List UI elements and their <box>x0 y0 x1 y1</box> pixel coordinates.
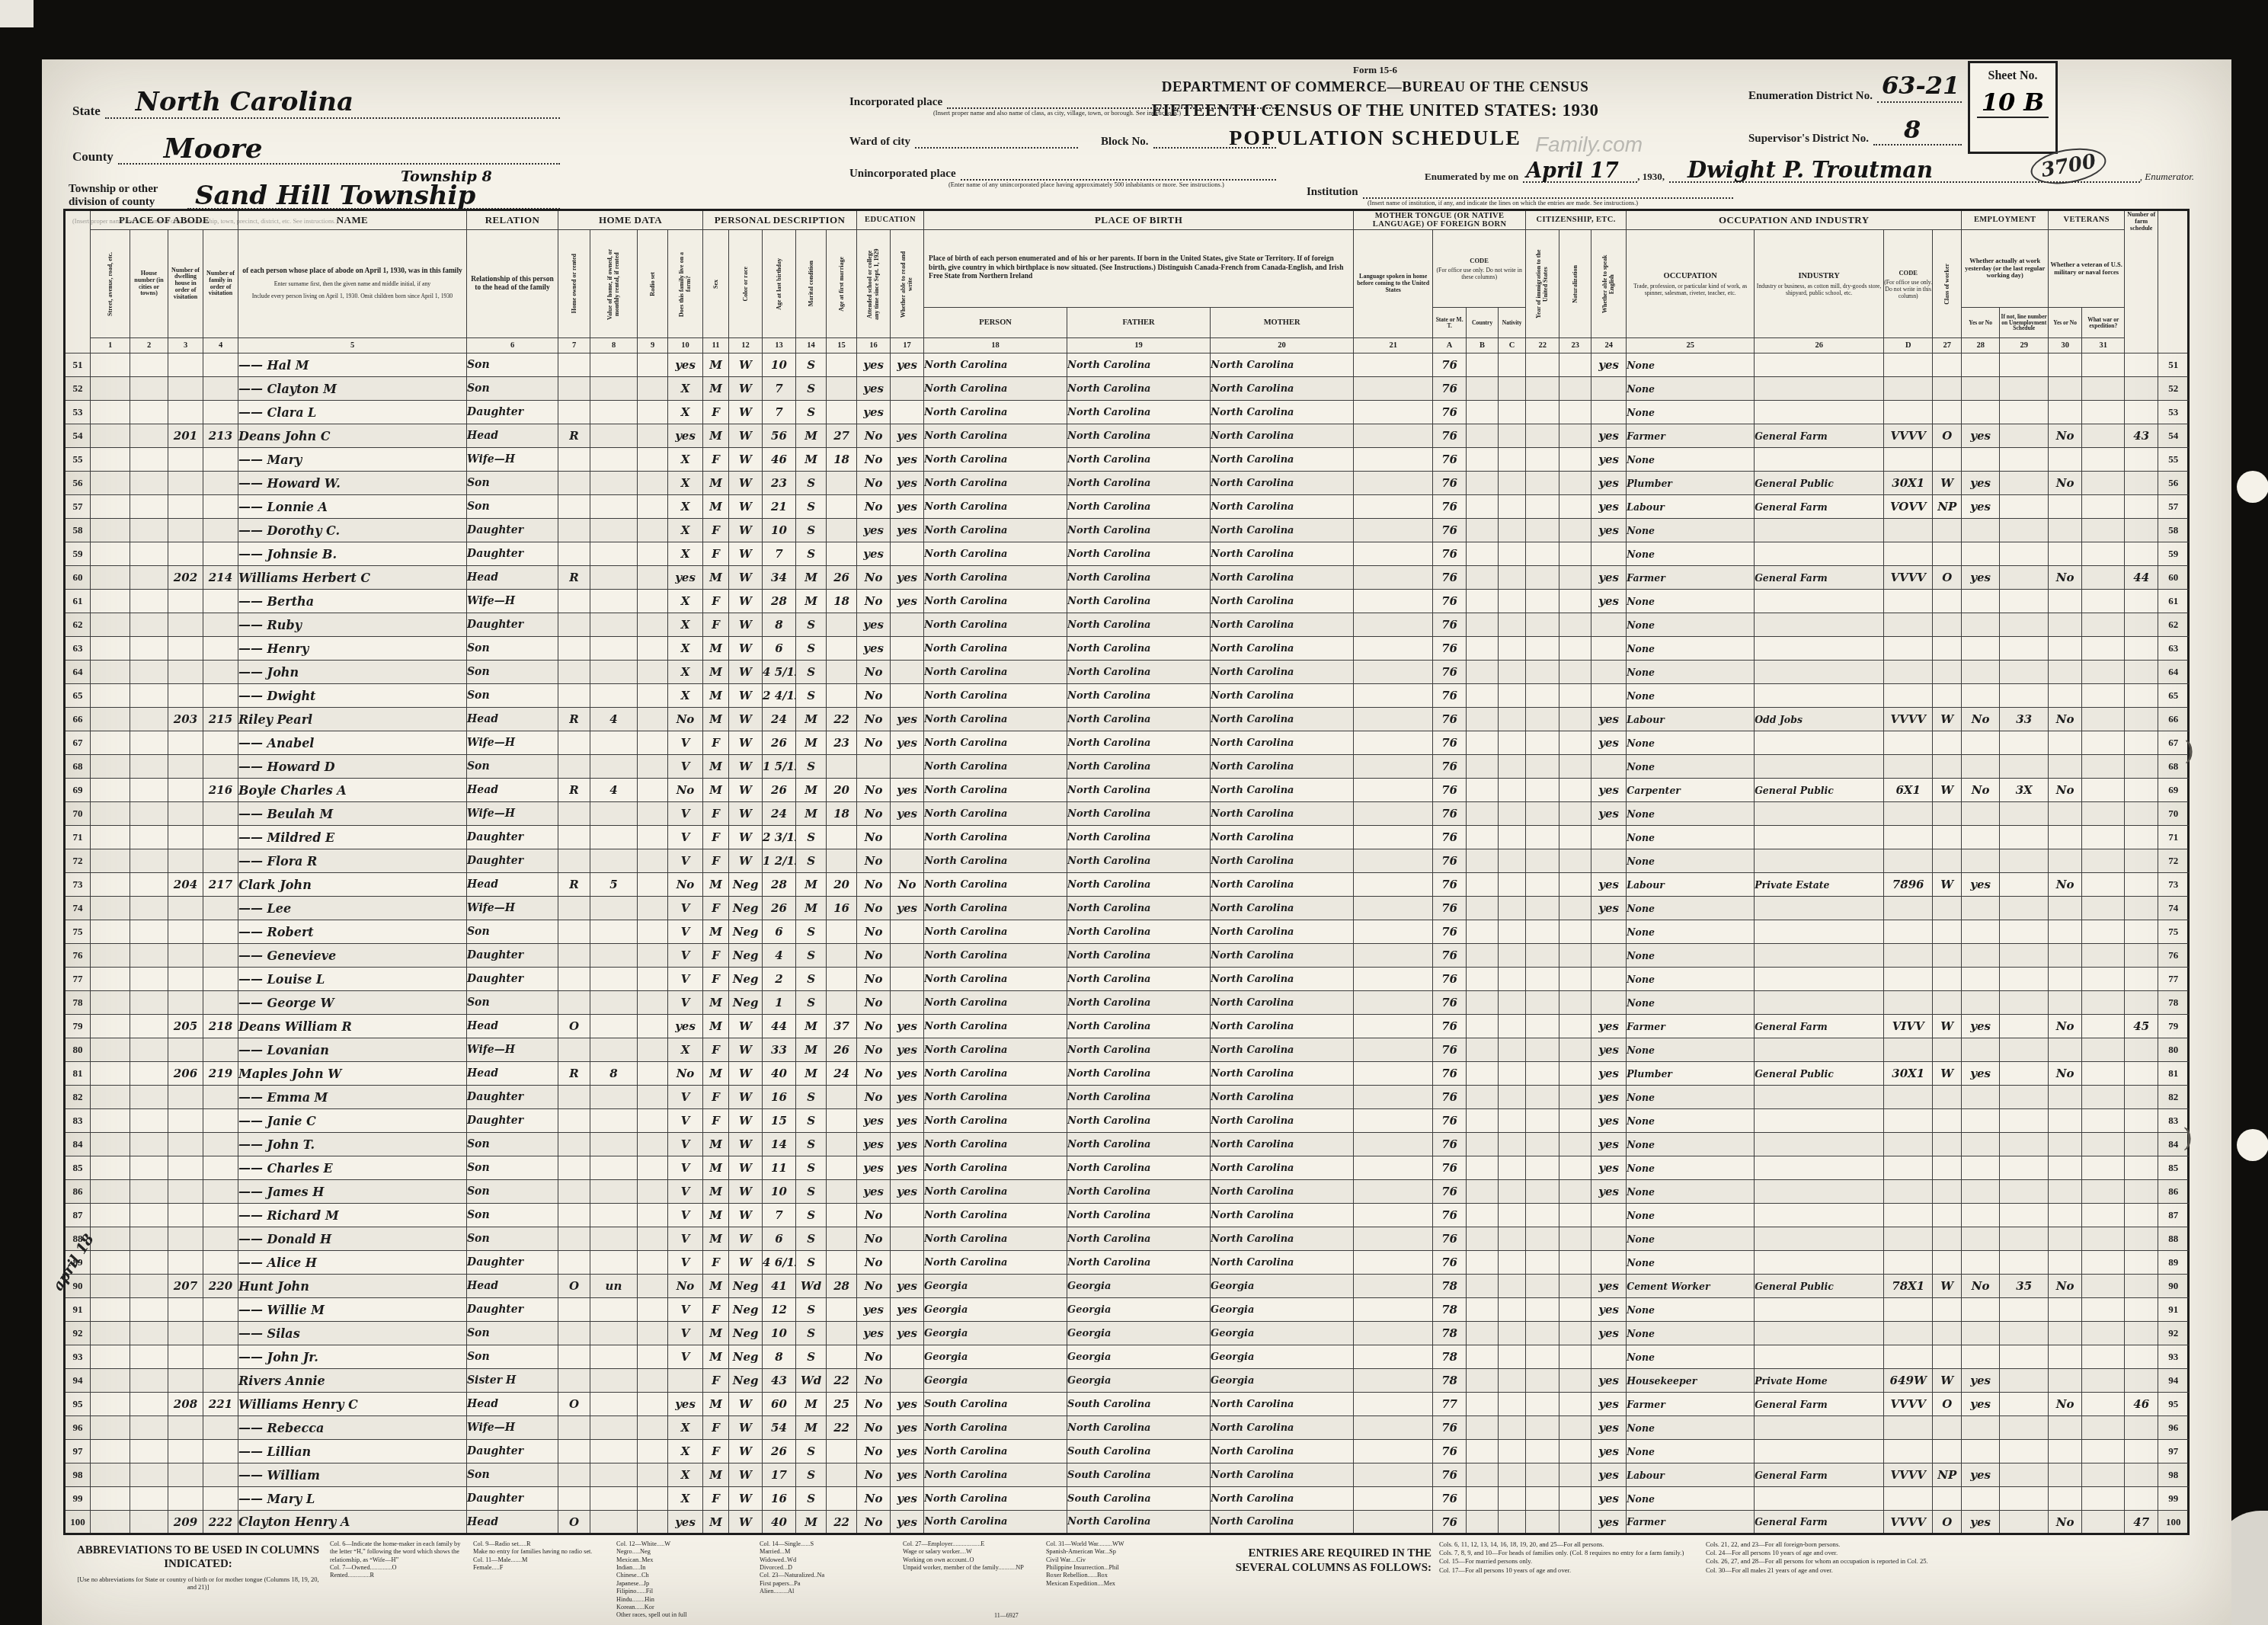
census-cell <box>2049 802 2082 826</box>
census-cell: No <box>2049 708 2082 731</box>
census-cell: 16 <box>763 1086 796 1109</box>
census-cell <box>1499 661 1526 684</box>
column-header: 10 <box>668 338 703 353</box>
census-cell <box>2082 1511 2125 1534</box>
census-cell: None <box>1627 661 1755 684</box>
census-cell <box>2049 849 2082 873</box>
census-cell: S <box>796 661 827 684</box>
census-cell <box>1962 991 2000 1015</box>
census-cell: yes <box>1591 802 1627 826</box>
census-row: 83—— Janie CDaughterVFW15SyesyesNorth Ca… <box>65 1109 2189 1133</box>
census-cell <box>590 1440 638 1463</box>
census-cell: O <box>1933 566 1962 590</box>
census-cell <box>1933 1345 1962 1369</box>
census-cell <box>2082 637 2125 661</box>
line-number: 71 <box>65 826 91 849</box>
census-cell: North Carolina <box>1211 1015 1354 1038</box>
census-cell <box>1526 424 1559 448</box>
census-cell: VVVV <box>1884 566 1933 590</box>
census-cell: Son <box>467 1133 558 1156</box>
census-cell <box>1526 802 1559 826</box>
township-field: Sand Hill Township Township 8 <box>187 197 560 210</box>
census-cell <box>558 1463 590 1487</box>
county-value: Moore <box>164 133 263 165</box>
census-cell <box>203 1322 238 1345</box>
census-cell: Plumber <box>1627 1062 1755 1086</box>
census-cell: Son <box>467 920 558 944</box>
census-cell: Riley Pearl <box>238 708 467 731</box>
census-cell <box>1559 1133 1591 1156</box>
census-cell <box>1526 849 1559 873</box>
census-cell: 76 <box>1433 708 1467 731</box>
census-cell <box>1354 826 1433 849</box>
census-cell <box>2125 1251 2158 1275</box>
census-cell: V <box>668 1180 703 1204</box>
census-cell: North Carolina <box>1067 1511 1211 1534</box>
census-cell <box>1499 424 1526 448</box>
census-cell <box>638 849 668 873</box>
census-cell <box>91 401 130 424</box>
line-number: 97 <box>65 1440 91 1463</box>
census-cell <box>130 708 168 731</box>
census-cell: Neg <box>729 1345 763 1369</box>
census-cell <box>1559 1156 1591 1180</box>
column-header: Whether actually at work yesterday (or t… <box>1962 230 2049 308</box>
census-cell <box>2082 401 2125 424</box>
census-cell: M <box>796 590 827 613</box>
census-cell <box>2082 1275 2125 1298</box>
column-header: PERSON <box>924 308 1067 338</box>
census-cell <box>1884 1487 1933 1511</box>
census-cell: 208 <box>168 1393 203 1416</box>
census-cell <box>168 1345 203 1369</box>
census-cell <box>590 1463 638 1487</box>
census-cell: None <box>1627 897 1755 920</box>
census-cell: North Carolina <box>1067 353 1211 377</box>
census-cell <box>1499 1511 1526 1534</box>
census-cell <box>590 1038 638 1062</box>
census-cell: 214 <box>203 566 238 590</box>
census-cell <box>1467 637 1499 661</box>
census-cell: None <box>1627 755 1755 779</box>
census-cell: S <box>796 495 827 519</box>
census-cell: 76 <box>1433 566 1467 590</box>
census-cell <box>1962 1251 2000 1275</box>
census-cell <box>827 1440 857 1463</box>
census-cell <box>1559 1511 1591 1534</box>
census-cell <box>638 1109 668 1133</box>
census-cell: W <box>729 377 763 401</box>
census-cell <box>2082 1298 2125 1322</box>
census-cell <box>91 708 130 731</box>
column-header: Yes or No <box>1962 308 2000 338</box>
column-header: 19 <box>1067 338 1211 353</box>
census-cell: Georgia <box>1067 1275 1211 1298</box>
column-header: 25 <box>1627 338 1755 353</box>
column-header: 30 <box>2049 338 2082 353</box>
census-cell: F <box>703 590 729 613</box>
census-cell: North Carolina <box>1067 897 1211 920</box>
census-cell <box>1354 1369 1433 1393</box>
column-header: Value of home, if owned, or monthly rent… <box>590 230 638 338</box>
census-cell: M <box>703 1180 729 1204</box>
census-cell: Plumber <box>1627 472 1755 495</box>
census-cell: No <box>857 1204 891 1227</box>
census-cell <box>2049 991 2082 1015</box>
census-cell: V <box>668 1204 703 1227</box>
census-cell: R <box>558 873 590 897</box>
census-cell: None <box>1627 1345 1755 1369</box>
census-cell: M <box>796 1511 827 1534</box>
census-cell <box>2000 1440 2049 1463</box>
census-cell <box>1755 1133 1884 1156</box>
census-cell: No <box>857 1062 891 1086</box>
census-cell: Rivers Annie <box>238 1369 467 1393</box>
census-cell <box>1467 897 1499 920</box>
census-cell <box>168 1204 203 1227</box>
census-cell <box>168 684 203 708</box>
census-cell <box>2082 802 2125 826</box>
census-cell: North Carolina <box>1067 802 1211 826</box>
block-label: Block No. <box>1101 136 1149 149</box>
line-number: 52 <box>2158 377 2189 401</box>
census-cell: Georgia <box>924 1369 1067 1393</box>
census-cell: No <box>857 590 891 613</box>
sheet-label: Sheet No. <box>1970 69 2055 83</box>
census-cell: Head <box>467 424 558 448</box>
line-number: 70 <box>65 802 91 826</box>
census-cell: 21 <box>763 495 796 519</box>
census-cell: 76 <box>1433 1086 1467 1109</box>
census-cell <box>130 1463 168 1487</box>
census-cell <box>827 755 857 779</box>
enumeration-district-value: 63-21 <box>1882 71 1959 100</box>
census-cell <box>1526 1298 1559 1322</box>
census-cell: North Carolina <box>1067 779 1211 802</box>
census-cell: Neg <box>729 1275 763 1298</box>
census-cell: North Carolina <box>924 873 1067 897</box>
block-line: Block No. <box>1101 136 1276 149</box>
census-cell: North Carolina <box>1067 637 1211 661</box>
census-cell <box>1467 1275 1499 1298</box>
census-cell: M <box>703 755 729 779</box>
column-header: 15 <box>827 338 857 353</box>
census-cell <box>1755 991 1884 1015</box>
census-cell <box>91 1298 130 1322</box>
column-header: 11 <box>703 338 729 353</box>
census-cell <box>1755 1086 1884 1109</box>
column-header: 7 <box>558 338 590 353</box>
census-cell <box>130 968 168 991</box>
census-cell <box>1755 661 1884 684</box>
census-cell: yes <box>891 1156 924 1180</box>
census-cell <box>1467 1109 1499 1133</box>
census-cell: North Carolina <box>924 849 1067 873</box>
unincorporated-note: (Enter name of any unincorporated place … <box>948 181 1299 189</box>
census-cell: None <box>1627 448 1755 472</box>
census-cell <box>1884 1038 1933 1062</box>
census-cell: North Carolina <box>924 1416 1067 1440</box>
census-row: 70—— Beulah MWife—HVFW24M18NoyesNorth Ca… <box>65 802 2189 826</box>
census-cell <box>2000 661 2049 684</box>
census-cell: 22 <box>827 1511 857 1534</box>
census-cell: 76 <box>1433 684 1467 708</box>
census-cell: 78 <box>1433 1369 1467 1393</box>
census-cell <box>590 1156 638 1180</box>
scan-corner <box>0 0 34 27</box>
census-cell <box>2125 1204 2158 1227</box>
census-cell <box>130 448 168 472</box>
census-cell: —— Lovanian <box>238 1038 467 1062</box>
census-cell <box>638 1345 668 1369</box>
census-cell <box>168 519 203 542</box>
census-cell: Head <box>467 708 558 731</box>
census-cell: 76 <box>1433 1133 1467 1156</box>
census-cell: S <box>796 1180 827 1204</box>
census-cell: Son <box>467 1345 558 1369</box>
census-cell <box>2049 1086 2082 1109</box>
census-row: 54201213Deans John CHeadRyesMW56M27Noyes… <box>65 424 2189 448</box>
census-cell <box>1499 755 1526 779</box>
census-cell <box>1354 495 1433 519</box>
census-cell <box>1354 519 1433 542</box>
census-cell <box>1526 1204 1559 1227</box>
census-cell <box>1559 1322 1591 1345</box>
census-cell <box>2049 1369 2082 1393</box>
census-cell: Wife—H <box>467 802 558 826</box>
census-cell <box>891 826 924 849</box>
census-row: 71—— Mildred EDaughterVFW2 3/12SNoNorth … <box>65 826 2189 849</box>
census-cell <box>168 1227 203 1251</box>
census-cell <box>1467 708 1499 731</box>
census-cell <box>1962 897 2000 920</box>
census-cell <box>2125 590 2158 613</box>
census-cell <box>1962 1322 2000 1345</box>
line-number: 61 <box>2158 590 2189 613</box>
census-cell <box>1526 1369 1559 1393</box>
census-cell <box>590 826 638 849</box>
census-cell <box>827 1463 857 1487</box>
census-cell <box>1962 377 2000 401</box>
census-cell: M <box>703 495 729 519</box>
census-cell: 6 <box>763 920 796 944</box>
census-cell <box>1467 1463 1499 1487</box>
census-cell <box>2049 590 2082 613</box>
census-cell <box>1962 661 2000 684</box>
census-cell <box>1962 802 2000 826</box>
column-header: CODE(For office use only. Do not write i… <box>1884 230 1933 338</box>
census-cell: South Carolina <box>1067 1487 1211 1511</box>
census-cell <box>1467 424 1499 448</box>
census-cell: Georgia <box>924 1298 1067 1322</box>
census-cell <box>1962 613 2000 637</box>
census-cell <box>168 495 203 519</box>
census-cell: V <box>668 1298 703 1322</box>
department-line: DEPARTMENT OF COMMERCE—BUREAU OF THE CEN… <box>1025 79 1726 96</box>
census-cell: M <box>796 424 827 448</box>
census-cell <box>130 920 168 944</box>
census-cell <box>1591 684 1627 708</box>
census-cell <box>590 495 638 519</box>
census-cell <box>1884 991 1933 1015</box>
census-cell: Head <box>467 873 558 897</box>
census-cell: M <box>703 377 729 401</box>
census-cell: Carpenter <box>1627 779 1755 802</box>
census-cell <box>1499 401 1526 424</box>
entries-title: ENTRIES ARE REQUIRED IN THE SEVERAL COLU… <box>1203 1547 1431 1621</box>
census-cell <box>638 566 668 590</box>
census-cell <box>1526 1251 1559 1275</box>
census-cell: F <box>703 897 729 920</box>
census-cell: M <box>796 1038 827 1062</box>
census-cell: North Carolina <box>924 684 1067 708</box>
census-cell: yes <box>668 1015 703 1038</box>
census-cell: North Carolina <box>1211 1180 1354 1204</box>
census-cell: R <box>558 424 590 448</box>
census-cell <box>827 1086 857 1109</box>
census-cell <box>1755 1180 1884 1204</box>
census-cell: W <box>1933 472 1962 495</box>
census-cell <box>558 377 590 401</box>
census-cell <box>1755 1156 1884 1180</box>
census-cell <box>203 1487 238 1511</box>
census-cell <box>638 377 668 401</box>
census-cell <box>168 968 203 991</box>
census-cell <box>91 566 130 590</box>
census-cell <box>1962 1133 2000 1156</box>
census-cell: North Carolina <box>924 1487 1067 1511</box>
census-cell: R <box>558 566 590 590</box>
column-header: Radio set <box>638 230 668 338</box>
census-cell <box>558 401 590 424</box>
census-cell <box>558 542 590 566</box>
census-cell <box>590 1487 638 1511</box>
census-cell: Georgia <box>924 1322 1067 1345</box>
census-cell: No <box>668 779 703 802</box>
census-cell <box>638 1369 668 1393</box>
census-cell: W <box>729 708 763 731</box>
census-cell: yes <box>668 1393 703 1416</box>
census-cell <box>1526 708 1559 731</box>
census-cell <box>1467 590 1499 613</box>
census-cell <box>2049 1345 2082 1369</box>
census-cell: O <box>558 1511 590 1534</box>
census-cell <box>1559 802 1591 826</box>
census-cell: yes <box>857 377 891 401</box>
census-cell: 4 <box>590 708 638 731</box>
line-number: 91 <box>65 1298 91 1322</box>
census-cell: North Carolina <box>1211 708 1354 731</box>
census-cell: —— John <box>238 661 467 684</box>
census-cell <box>590 968 638 991</box>
census-cell <box>2082 684 2125 708</box>
census-cell <box>1591 1227 1627 1251</box>
pen-artifact: ) <box>2184 736 2194 766</box>
column-header: 31 <box>2082 338 2125 353</box>
census-cell <box>2000 897 2049 920</box>
census-row: 97—— LillianDaughterXFW26SNoyesNorth Car… <box>65 1440 2189 1463</box>
census-cell: 10 <box>763 353 796 377</box>
line-number: 75 <box>2158 920 2189 944</box>
census-cell: V <box>668 802 703 826</box>
census-cell <box>2082 1156 2125 1180</box>
census-cell: Son <box>467 637 558 661</box>
census-cell <box>91 377 130 401</box>
census-cell: 17 <box>763 1463 796 1487</box>
census-cell: 8 <box>763 1345 796 1369</box>
census-cell <box>1962 968 2000 991</box>
census-cell: S <box>796 991 827 1015</box>
census-cell: O <box>558 1015 590 1038</box>
census-cell <box>130 873 168 897</box>
census-cell <box>91 1109 130 1133</box>
census-cell <box>130 495 168 519</box>
census-cell <box>91 1015 130 1038</box>
census-cell <box>1467 684 1499 708</box>
column-header: Color or race <box>729 230 763 338</box>
census-cell <box>1933 684 1962 708</box>
census-cell <box>1962 826 2000 849</box>
line-number: 59 <box>65 542 91 566</box>
census-cell <box>2049 826 2082 849</box>
census-cell: 1 5/12 <box>763 755 796 779</box>
census-cell: North Carolina <box>924 968 1067 991</box>
census-cell <box>1884 590 1933 613</box>
census-cell: North Carolina <box>1067 1109 1211 1133</box>
census-cell: Head <box>467 779 558 802</box>
census-cell <box>91 920 130 944</box>
census-cell <box>2125 802 2158 826</box>
census-cell <box>168 897 203 920</box>
census-cell: North Carolina <box>1067 472 1211 495</box>
census-cell: V <box>668 826 703 849</box>
census-cell <box>1354 684 1433 708</box>
census-cell <box>1467 1511 1499 1534</box>
census-cell <box>1559 944 1591 968</box>
census-cell: F <box>703 519 729 542</box>
census-cell <box>1499 1180 1526 1204</box>
census-cell: No <box>857 1393 891 1416</box>
census-cell <box>2125 944 2158 968</box>
census-cell: yes <box>1962 566 2000 590</box>
census-cell <box>203 637 238 661</box>
column-header: FATHER <box>1067 308 1211 338</box>
census-cell: S <box>796 1251 827 1275</box>
column-header: CODE(For office use only. Do not write i… <box>1433 230 1526 308</box>
census-cell: —— Richard M <box>238 1204 467 1227</box>
census-cell: M <box>703 1345 729 1369</box>
line-number: 93 <box>65 1345 91 1369</box>
census-cell: VVVV <box>1884 708 1933 731</box>
census-cell <box>558 991 590 1015</box>
census-cell: North Carolina <box>1067 826 1211 849</box>
census-cell: 209 <box>168 1511 203 1534</box>
census-cell <box>91 1156 130 1180</box>
census-cell: 76 <box>1433 1227 1467 1251</box>
census-cell <box>590 1511 638 1534</box>
census-cell <box>1467 1440 1499 1463</box>
column-header: Attended school or college any time sinc… <box>857 230 891 338</box>
census-cell: —— Robert <box>238 920 467 944</box>
census-cell <box>1755 401 1884 424</box>
census-cell <box>1499 1109 1526 1133</box>
census-cell: 3X <box>2000 779 2049 802</box>
census-cell <box>2000 1062 2049 1086</box>
census-row: 73204217Clark JohnHeadR5NoMNeg28M20NoNoN… <box>65 873 2189 897</box>
census-cell: Son <box>467 991 558 1015</box>
census-cell: None <box>1627 519 1755 542</box>
line-number: 65 <box>65 684 91 708</box>
